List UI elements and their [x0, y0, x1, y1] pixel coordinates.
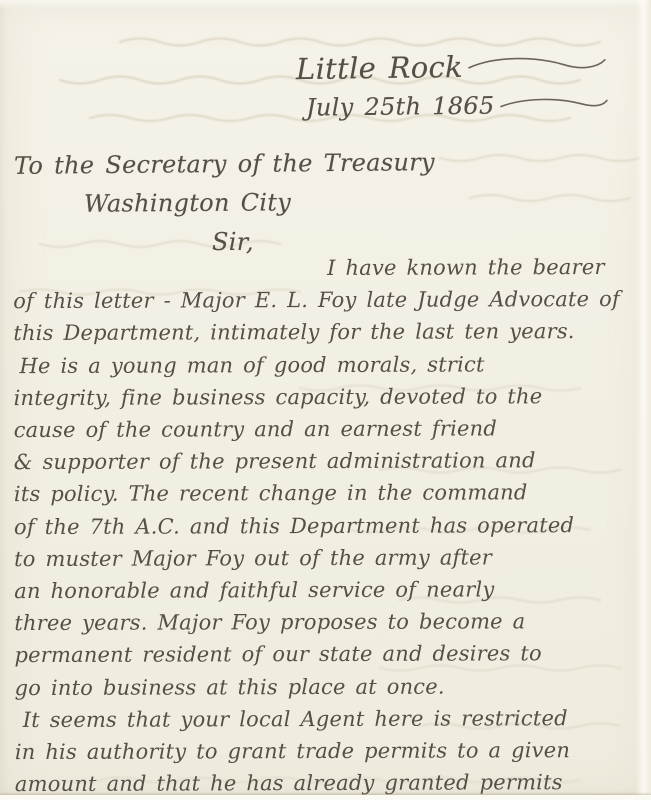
letter-body-line: this Department, intimately for the last…	[13, 315, 634, 349]
letter-page: Little Rock July 25th 1865 To the Secret…	[0, 0, 651, 800]
letter-body-line: of the 7th A.C. and this Department has …	[14, 509, 635, 543]
recipient-city: Washington City	[84, 188, 291, 217]
dateline-place-text: Little Rock	[296, 50, 463, 86]
recipient-line: To the Secretary of the Treasury	[14, 148, 435, 180]
dateline-date: July 25th 1865	[306, 90, 609, 121]
letter-body-line: go into business at this place at once.	[15, 670, 636, 704]
letter-body-line: permanent resident of our state and desi…	[14, 637, 635, 671]
pen-flourish	[498, 93, 608, 116]
page-edge-bottom	[0, 795, 651, 800]
dateline-place: Little Rock	[296, 48, 607, 86]
letter-body-line: cause of the country and an earnest frie…	[14, 412, 635, 446]
letter-body: I have known the bearer of this letter -…	[13, 251, 636, 800]
letter-body-line: in his authority to grant trade permits …	[15, 734, 636, 768]
letter-body-line: It seems that your local Agent here is r…	[15, 702, 636, 736]
letter-body-line: its policy. The recent change in the com…	[14, 476, 635, 510]
page-edge-right	[635, 0, 651, 800]
letter-body-line: of this letter - Major E. L. Foy late Ju…	[13, 283, 634, 317]
letter-body-line: I have known the bearer	[13, 251, 634, 285]
letter-body-line: integrity, fine business capacity, devot…	[13, 380, 634, 414]
dateline-date-text: July 25th 1865	[306, 92, 495, 122]
page-edge-top	[0, 0, 651, 9]
letter-body-line: to muster Major Foy out of the army afte…	[14, 541, 635, 575]
letter-body-line: three years. Major Foy proposes to becom…	[14, 605, 635, 639]
pen-flourish	[467, 52, 607, 80]
letter-body-line: an honorable and faithful service of nea…	[14, 573, 635, 607]
letter-body-line: He is a young man of good morals, strict	[13, 348, 634, 382]
letter-body-line: & supporter of the present administratio…	[14, 444, 635, 478]
